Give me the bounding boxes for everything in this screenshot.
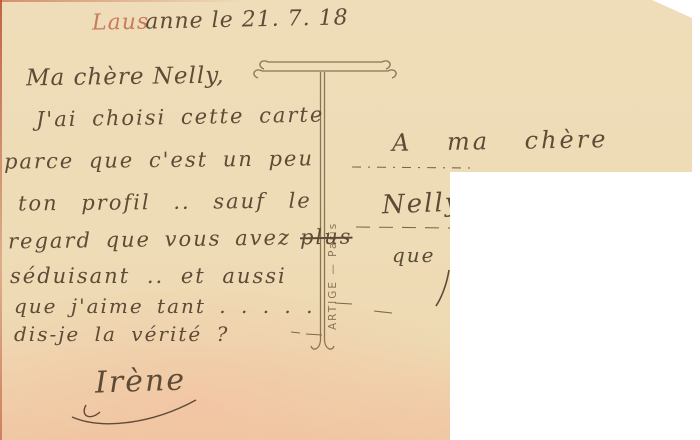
- signature: Irène: [94, 362, 186, 400]
- date-rest-part: anne le 21. 7. 18: [145, 5, 349, 34]
- struck-word: plus: [300, 225, 353, 250]
- message-line-7: dis-je la vérité ?: [14, 322, 229, 346]
- address-line-3: que: [392, 243, 436, 267]
- message-line-3: ton profil .. sauf le: [18, 188, 312, 215]
- signature-flourish: [72, 400, 196, 424]
- message-line-4: regard que vous avezplus: [8, 225, 353, 254]
- scanned-postcard-image: ARTIGE — Paris Lausanne le 21. 7. 18 Ma …: [0, 0, 700, 440]
- address-line-1: A ma chère: [392, 125, 609, 157]
- message-line-4-text: regard que vous avez: [8, 225, 291, 253]
- message-line-1: J'ai choisi cette carte: [36, 102, 325, 131]
- message-line-6: que j'aime tant . . . . .: [14, 294, 315, 318]
- pen-stroke: [436, 270, 449, 306]
- message-line-5: séduisant .. et aussi: [10, 264, 287, 288]
- blank-overlay-rectangle: [450, 172, 700, 440]
- message-line-2: parce que c'est un peu: [4, 146, 314, 173]
- date-red-ink-part: Laus: [92, 9, 150, 35]
- salutation-line: Ma chère Nelly,: [26, 63, 225, 92]
